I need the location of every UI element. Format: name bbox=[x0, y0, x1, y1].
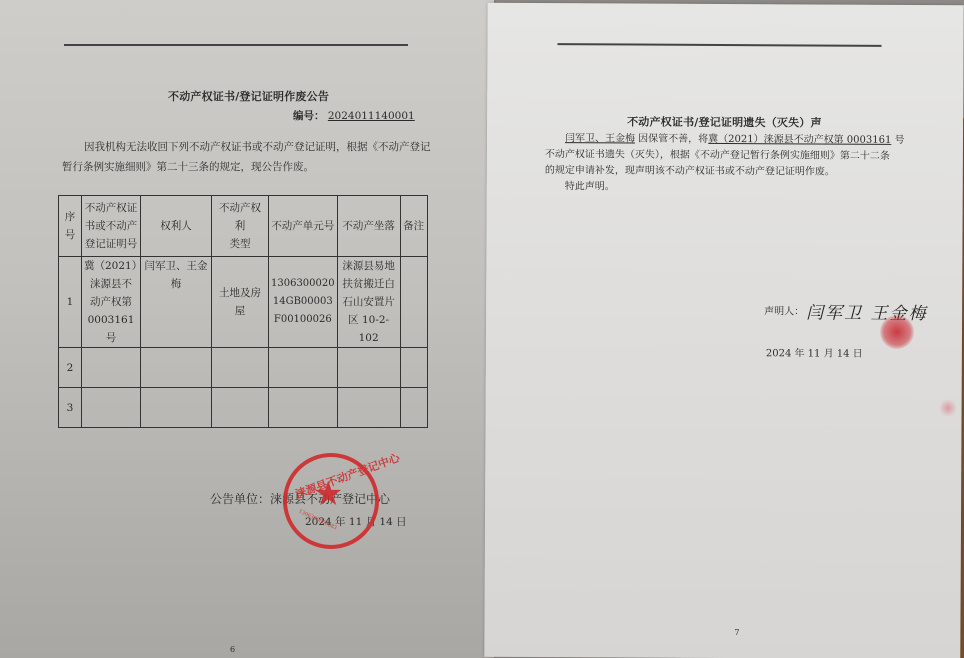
page-number: 6 bbox=[230, 645, 235, 654]
cell-unit: 130630002014GB00003F00100026 bbox=[269, 257, 338, 348]
header-type: 不动产权利类型 bbox=[212, 196, 269, 257]
table-row: 3 bbox=[59, 388, 428, 428]
certificate-number: 冀（2021）涞源县不动产权第 0003161 bbox=[708, 134, 891, 146]
declarant-label: 声明人： bbox=[764, 302, 804, 321]
header-unit: 不动产单元号 bbox=[269, 196, 338, 257]
header-location: 不动产坐落 bbox=[337, 196, 400, 257]
serial-label: 编号： bbox=[293, 110, 325, 122]
cell-holder: 闫军卫、王金梅 bbox=[141, 257, 212, 348]
declaration-title: 不动产权证书/登记证明遗失（灭失）声 bbox=[627, 113, 822, 130]
table-row: 2 bbox=[59, 348, 428, 388]
star-icon: ★ bbox=[313, 477, 343, 511]
serial-number: 编号： 2024011140001 bbox=[293, 107, 415, 126]
cell-remark bbox=[400, 257, 427, 348]
header-rule bbox=[557, 43, 881, 47]
header-cert: 不动产权证书或不动产登记证明号 bbox=[82, 196, 141, 257]
header-rule bbox=[64, 44, 408, 46]
issuer-label: 公告单位： bbox=[210, 492, 270, 506]
notice-page: 不动产权证书/登记证明作废公告 编号： 2024011140001 因我机构无法… bbox=[0, 0, 494, 658]
fingerprint-mark bbox=[880, 315, 914, 349]
notice-table: 序号 不动产权证书或不动产登记证明号 权利人 不动产权利类型 不动产单元号 不动… bbox=[58, 195, 428, 428]
notice-title: 不动产权证书/登记证明作废公告 bbox=[168, 88, 329, 104]
cell-seq: 2 bbox=[59, 348, 82, 388]
declaration-closing: 特此声明。 bbox=[565, 177, 615, 196]
holder-names: 闫军卫、王金梅 bbox=[565, 133, 635, 144]
header-remark: 备注 bbox=[400, 196, 427, 257]
cell-location: 涞源县易地扶贫搬迁白石山安置片区 10-2-102 bbox=[337, 257, 400, 348]
cell-seq: 3 bbox=[59, 388, 82, 428]
serial-value: 2024011140001 bbox=[328, 110, 415, 122]
official-seal: 涞源县不动产登记中心 ★ 1306300000583 bbox=[283, 453, 379, 549]
page-number: 7 bbox=[734, 628, 739, 637]
table-header-row: 序号 不动产权证书或不动产登记证明号 权利人 不动产权利类型 不动产单元号 不动… bbox=[59, 196, 428, 257]
cell-type: 土地及房屋 bbox=[212, 257, 269, 348]
header-seq: 序号 bbox=[59, 196, 82, 257]
header-holder: 权利人 bbox=[141, 196, 212, 257]
declaration-date: 2024 年 11 月 14 日 bbox=[766, 344, 863, 364]
cell-cert: 冀（2021）涞源县不动产权第0003161 号 bbox=[82, 257, 141, 348]
notice-body-line1: 因我机构无法收回下列不动产权证书或不动产登记证明，根据《不动产登记 bbox=[84, 138, 431, 157]
notice-body-line2: 暂行条例实施细则》第二十三条的规定，现公告作废。 bbox=[62, 158, 314, 177]
ink-smudge bbox=[940, 398, 956, 418]
table-row: 1 冀（2021）涞源县不动产权第0003161 号 闫军卫、王金梅 土地及房屋… bbox=[59, 257, 428, 348]
cell-seq: 1 bbox=[59, 257, 82, 348]
